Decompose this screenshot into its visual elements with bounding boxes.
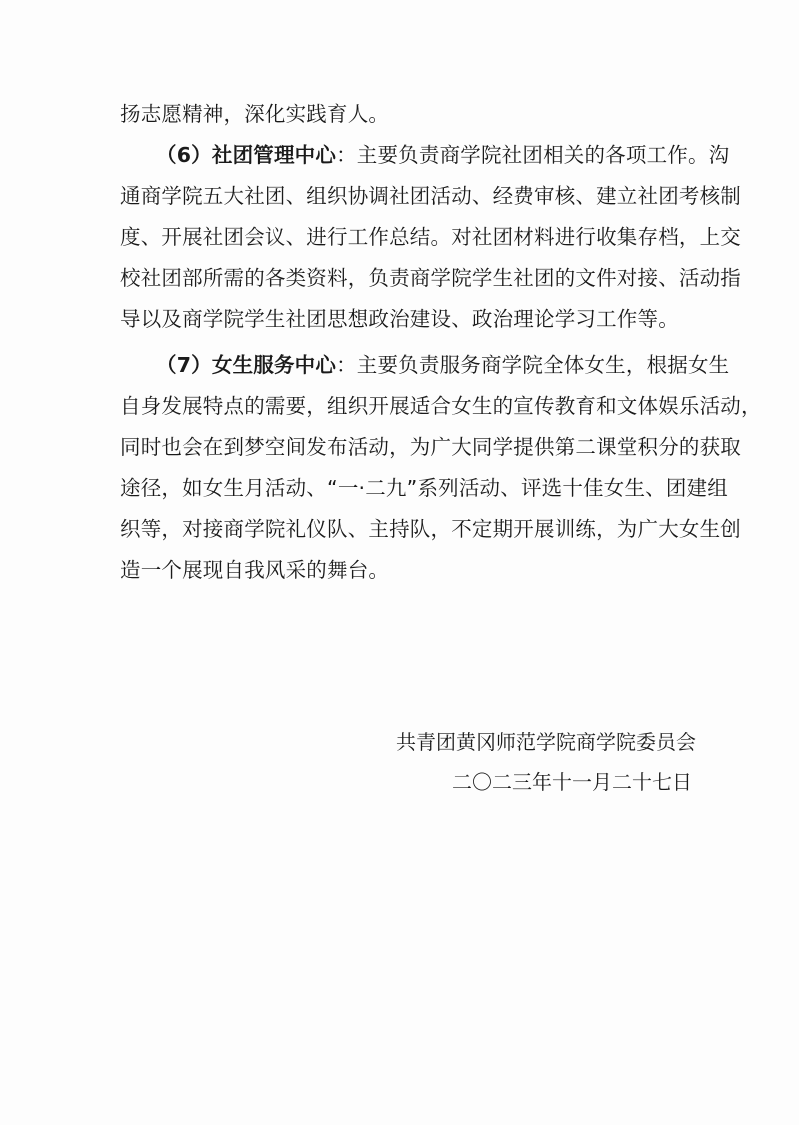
- paragraph-line: 扬志愿精神，深化实践育人。: [120, 100, 389, 128]
- signature-organization: 共青团黄冈师范学院商学院委员会: [396, 728, 696, 756]
- section-7-heading: （7）女生服务中心: [156, 353, 336, 377]
- document-page: 扬志愿精神，深化实践育人。 （6）社团管理中心：主要负责商学院社团相关的各项工作…: [0, 0, 799, 1125]
- paragraph-line: 导以及商学院学生社团思想政治建设、政治理论学习工作等。: [120, 305, 679, 333]
- paragraph-line: 织等，对接商学院礼仪队、主持队，不定期开展训练，为广大女生创: [120, 515, 741, 543]
- signature-date: 二〇二三年十一月二十七日: [452, 768, 692, 796]
- section-7-first-line: （7）女生服务中心：主要负责服务商学院全体女生，根据女生: [156, 351, 729, 379]
- paragraph-line: 同时也会在到梦空间发布活动，为广大同学提供第二课堂积分的获取: [120, 433, 741, 461]
- paragraph-line: 自身发展特点的需要，组织开展适合女生的宣传教育和文体娱乐活动，: [120, 392, 762, 420]
- paragraph-line: 途径，如女生月活动、“一·二九”系列活动、评选十佳女生、团建组: [120, 474, 728, 502]
- section-6-text: ：主要负责商学院社团相关的各项工作。沟: [336, 143, 729, 167]
- section-6-first-line: （6）社团管理中心：主要负责商学院社团相关的各项工作。沟: [156, 141, 729, 169]
- paragraph-line: 度、开展社团会议、进行工作总结。对社团材料进行收集存档，上交: [120, 223, 741, 251]
- section-6-heading: （6）社团管理中心: [156, 143, 336, 167]
- paragraph-line: 通商学院五大社团、组织协调社团活动、经费审核、建立社团考核制: [120, 182, 741, 210]
- section-7-text: ：主要负责服务商学院全体女生，根据女生: [336, 353, 729, 377]
- paragraph-line: 校社团部所需的各类资料，负责商学院学生社团的文件对接、活动指: [120, 264, 741, 292]
- paragraph-line: 造一个展现自我风采的舞台。: [120, 556, 389, 584]
